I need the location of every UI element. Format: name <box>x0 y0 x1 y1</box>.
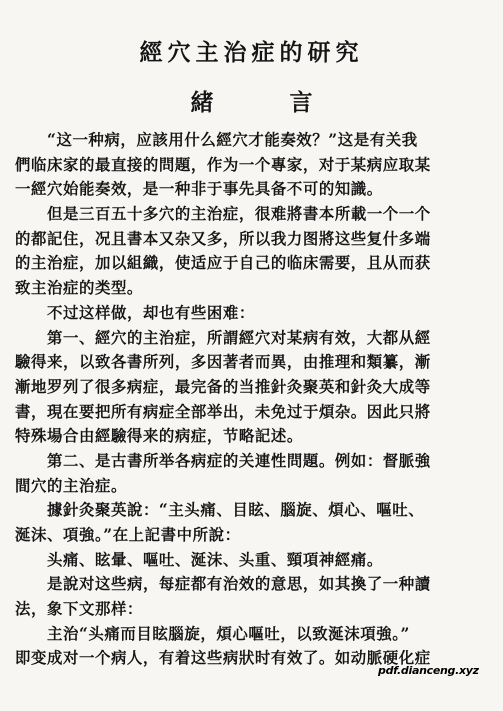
text-line: 但是三百五十多穴的主治症，很难將書本所載一个一个 <box>15 202 485 227</box>
section-heading-part: 緒 <box>191 84 214 117</box>
text-line: 的都記住，况且書本又杂又多，所以我力图將这些复什多端 <box>15 227 485 252</box>
text-line: 的主治症，加以組織，使适应于自己的临床需要，且从而获 <box>15 251 485 276</box>
text-line: 致主治症的类型。 <box>15 276 485 301</box>
page-title: 經穴主治症的研究 <box>0 34 503 67</box>
text-line: 們临床家的最直接的問題，作为一个專家，对于某病应取某 <box>15 153 485 178</box>
body-text: “这一种病，应該用什么經穴才能奏效？”这是有关我們临床家的最直接的問題，作为一个… <box>15 128 485 671</box>
document-page: 經穴主治症的研究 緒言 “这一种病，应該用什么經穴才能奏效？”这是有关我們临床家… <box>0 0 503 711</box>
text-line: 據針灸聚英說：“主头痛、目眩、腦旋、煩心、嘔吐、 <box>15 498 485 523</box>
watermark: pdf.dianceng.xyz <box>378 664 479 677</box>
text-line: 第二、是古書所举各病症的关連性問題。例如：督脈強 <box>15 449 485 474</box>
text-line: 第一、經穴的主治症，所謂經穴对某病有效，大都从經 <box>15 326 485 351</box>
section-heading-part: 言 <box>290 84 313 117</box>
text-line: 是說对这些病，每症都有治效的意思，如其換了一种讀 <box>15 572 485 597</box>
text-line: 涎沫、項強。”在上記書中所說： <box>15 523 485 548</box>
text-line: 一經穴始能奏效，是一种非于事先具备不可的知識。 <box>15 177 485 202</box>
text-line: 漸地罗列了很多病症，最完备的当推針灸聚英和針灸大成等 <box>15 375 485 400</box>
text-line: 書，現在要把所有病症全部举出，未免过于煩杂。因此只將 <box>15 400 485 425</box>
text-line: 特殊場合由經驗得来的病症，节略記述。 <box>15 424 485 449</box>
section-heading: 緒言 <box>0 84 503 117</box>
text-line: 法，象下文那样： <box>15 597 485 622</box>
text-line: 驗得来，以致各書所列，多因著者而異，由推理和類纂，漸 <box>15 350 485 375</box>
text-line: 头痛、眩暈、嘔吐、涎沫、头重、頸項神經痛。 <box>15 548 485 573</box>
text-line: 主治“头痛而目眩腦旋，煩心嘔吐，以致涎沫項強。” <box>15 622 485 647</box>
text-line: “这一种病，应該用什么經穴才能奏效？”这是有关我 <box>15 128 485 153</box>
text-line: 不过这样做，却也有些困难： <box>15 301 485 326</box>
text-line: 間穴的主治症。 <box>15 474 485 499</box>
